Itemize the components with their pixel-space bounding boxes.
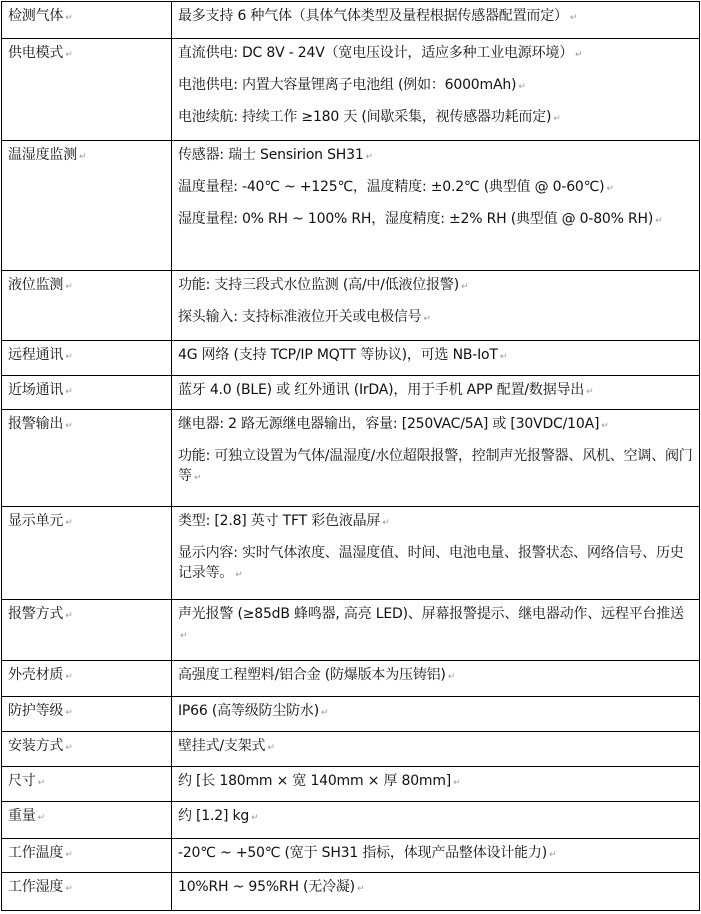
spec-value-cell: IP66 (高等级防尘防水)↵ (172, 697, 700, 732)
table-row: 防护等级↵IP66 (高等级防尘防水)↵ (2, 697, 700, 732)
paragraph-mark-icon: ↵ (321, 708, 328, 718)
spec-label-cell: 重量↵ (2, 802, 172, 839)
spec-label-cell: 显示单元↵ (2, 507, 172, 600)
spec-value-cell: -20℃ ~ +50℃ (宽于 SH31 指标，体现产品整体设计能力)↵ (172, 839, 700, 873)
spec-value-paragraph: 声光报警 (≥85dB 蜂鸣器, 高亮 LED)、屏幕报警提示、继电器动作、远程… (178, 604, 693, 646)
spec-value-text: 约 [长 180mm × 宽 140mm × 厚 80mm] (178, 773, 451, 789)
spec-label: 显示单元 (8, 513, 63, 529)
spec-value-cell: 约 [1.2] kg↵ (172, 802, 700, 839)
paragraph-mark-icon: ↵ (65, 708, 72, 718)
spec-value-text: 湿度量程: 0% RH ~ 100% RH，湿度精度: ±2% RH (典型值 … (178, 211, 653, 227)
spec-label-cell: 报警输出↵ (2, 410, 172, 507)
spec-value-text: 电池供电: 内置大容量锂离子电池组 (例如：6000mAh) (178, 77, 516, 93)
paragraph-mark-icon: ↵ (65, 352, 72, 362)
table-row: 温湿度监测↵传感器: 瑞士 Sensirion SH31↵温度量程: -40℃ … (2, 141, 700, 271)
spec-label: 重量 (8, 808, 36, 824)
spec-value-text: 继电器: 2 路无源继电器输出，容量: [250VAC/5A] 或 [30VDC… (178, 416, 599, 432)
spec-value-text: 直流供电: DC 8V - 24V（宽电压设计，适应多种工业电源环境） (178, 45, 573, 61)
spec-value-paragraph: 传感器: 瑞士 Sensirion SH31↵ (178, 145, 693, 167)
table-row: 显示单元↵类型: [2.8] 英寸 TFT 彩色液晶屏↵显示内容: 实时气体浓度… (2, 507, 700, 600)
paragraph-mark-icon: ↵ (453, 778, 460, 788)
paragraph-mark-icon: ↵ (65, 13, 72, 23)
paragraph-mark-icon: ↵ (461, 282, 468, 292)
spec-label: 检测气体 (8, 8, 63, 24)
paragraph-mark-icon: ↵ (570, 13, 577, 23)
spec-label: 供电模式 (8, 45, 63, 61)
spec-value-text: 功能: 可独立设置为气体/温湿度/水位超限报警，控制声光报警器、风机、空调、阀门… (178, 448, 693, 484)
spec-label-cell: 防护等级↵ (2, 697, 172, 732)
spec-value-text: 蓝牙 4.0 (BLE) 或 红外通讯 (IrDA)，用于手机 APP 配置/数… (178, 382, 584, 398)
spec-value-paragraph: 10%RH ~ 95%RH (无冷凝)↵ (178, 877, 693, 899)
paragraph-mark-icon: ↵ (79, 152, 86, 162)
spec-value-paragraph: 显示内容: 实时气体浓度、温湿度值、时间、电池电量、报警状态、网络信号、历史记录… (178, 543, 693, 585)
paragraph-mark-icon: ↵ (606, 184, 613, 194)
spec-value-paragraph: 约 [1.2] kg↵ (178, 806, 693, 828)
spec-value-text: 探头输入: 支持标准液位开关或电极信号 (178, 309, 421, 325)
spec-value-text: 4G 网络 (支持 TCP/IP MQTT 等协议)，可选 NB-IoT (178, 347, 498, 363)
spec-label-cell: 尺寸↵ (2, 767, 172, 802)
spec-value-paragraph: 湿度量程: 0% RH ~ 100% RH，湿度精度: ±2% RH (典型值 … (178, 209, 693, 231)
paragraph-mark-icon: ↵ (553, 114, 560, 124)
paragraph-mark-icon: ↵ (65, 518, 72, 528)
spec-label-cell: 工作温度↵ (2, 839, 172, 873)
spec-value-text: 传感器: 瑞士 Sensirion SH31 (178, 147, 364, 163)
spec-label-cell: 温湿度监测↵ (2, 141, 172, 271)
spec-value-text: 温度量程: -40℃ ~ +125℃，温度精度: ±0.2℃ (典型值 @ 0-… (178, 179, 604, 195)
spec-value-text: 10%RH ~ 95%RH (无冷凝) (178, 879, 355, 895)
spec-value-cell: 最多支持 6 种气体（具体气体类型及量程根据传感器配置而定）↵ (172, 2, 700, 39)
table-row: 报警输出↵继电器: 2 路无源继电器输出，容量: [250VAC/5A] 或 [… (2, 410, 700, 507)
spec-value-paragraph: 4G 网络 (支持 TCP/IP MQTT 等协议)，可选 NB-IoT↵ (178, 345, 693, 367)
spec-label: 安装方式 (8, 738, 63, 754)
spec-label-cell: 工作湿度↵ (2, 873, 172, 911)
table-row: 外壳材质↵高强度工程塑料/铝合金 (防爆版本为压铸铝)↵ (2, 661, 700, 697)
paragraph-mark-icon: ↵ (549, 850, 556, 860)
spec-value-cell: 传感器: 瑞士 Sensirion SH31↵温度量程: -40℃ ~ +125… (172, 141, 700, 271)
table-row: 工作湿度↵10%RH ~ 95%RH (无冷凝)↵ (2, 873, 700, 911)
spec-value-paragraph: 壁挂式/支架式↵ (178, 736, 693, 758)
spec-value-paragraph: 直流供电: DC 8V - 24V（宽电压设计，适应多种工业电源环境）↵ (178, 43, 693, 65)
paragraph-mark-icon: ↵ (267, 743, 274, 753)
spec-value-cell: 蓝牙 4.0 (BLE) 或 红外通讯 (IrDA)，用于手机 APP 配置/数… (172, 376, 700, 410)
paragraph-mark-icon: ↵ (235, 570, 242, 580)
paragraph-mark-icon: ↵ (518, 82, 525, 92)
spec-label: 近场通讯 (8, 382, 63, 398)
paragraph-mark-icon: ↵ (65, 884, 72, 894)
paragraph-mark-icon: ↵ (382, 518, 389, 528)
spec-label: 工作湿度 (8, 879, 63, 895)
spec-value-text: IP66 (高等级防尘防水) (178, 703, 319, 719)
spec-value-cell: 类型: [2.8] 英寸 TFT 彩色液晶屏↵显示内容: 实时气体浓度、温湿度值… (172, 507, 700, 600)
paragraph-mark-icon: ↵ (586, 387, 593, 397)
spec-value-cell: 10%RH ~ 95%RH (无冷凝)↵ (172, 873, 700, 911)
spec-value-paragraph: 探头输入: 支持标准液位开关或电极信号↵ (178, 307, 693, 329)
spec-value-text: 声光报警 (≥85dB 蜂鸣器, 高亮 LED)、屏幕报警提示、继电器动作、远程… (178, 606, 684, 622)
paragraph-mark-icon: ↵ (575, 50, 582, 60)
paragraph-mark-icon: ↵ (194, 473, 201, 483)
paragraph-mark-icon: ↵ (251, 813, 258, 823)
table-row: 尺寸↵约 [长 180mm × 宽 140mm × 厚 80mm]↵ (2, 767, 700, 802)
paragraph-mark-icon: ↵ (655, 216, 662, 226)
paragraph-mark-icon: ↵ (423, 314, 430, 324)
paragraph-mark-icon: ↵ (65, 421, 72, 431)
spec-value-paragraph: 功能: 支持三段式水位监测 (高/中/低液位报警)↵ (178, 275, 693, 297)
spec-value-text: 最多支持 6 种气体（具体气体类型及量程根据传感器配置而定） (178, 8, 568, 24)
spec-value-paragraph: 温度量程: -40℃ ~ +125℃，温度精度: ±0.2℃ (典型值 @ 0-… (178, 177, 693, 199)
spec-value-paragraph: 继电器: 2 路无源继电器输出，容量: [250VAC/5A] 或 [30VDC… (178, 414, 693, 436)
paragraph-mark-icon: ↵ (38, 778, 45, 788)
paragraph-mark-icon: ↵ (65, 282, 72, 292)
table-row: 工作温度↵-20℃ ~ +50℃ (宽于 SH31 指标，体现产品整体设计能力)… (2, 839, 700, 873)
spec-label-cell: 安装方式↵ (2, 732, 172, 767)
paragraph-mark-icon: ↵ (180, 631, 187, 641)
spec-value-cell: 4G 网络 (支持 TCP/IP MQTT 等协议)，可选 NB-IoT↵ (172, 341, 700, 376)
spec-label: 外壳材质 (8, 667, 63, 683)
table-row: 液位监测↵功能: 支持三段式水位监测 (高/中/低液位报警)↵探头输入: 支持标… (2, 271, 700, 341)
spec-label-cell: 检测气体↵ (2, 2, 172, 39)
spec-value-cell: 约 [长 180mm × 宽 140mm × 厚 80mm]↵ (172, 767, 700, 802)
paragraph-mark-icon: ↵ (65, 50, 72, 60)
spec-value-paragraph: 功能: 可独立设置为气体/温湿度/水位超限报警，控制声光报警器、风机、空调、阀门… (178, 446, 693, 488)
spec-label-cell: 近场通讯↵ (2, 376, 172, 410)
spec-value-cell: 高强度工程塑料/铝合金 (防爆版本为压铸铝)↵ (172, 661, 700, 697)
spec-value-cell: 继电器: 2 路无源继电器输出，容量: [250VAC/5A] 或 [30VDC… (172, 410, 700, 507)
spec-label-cell: 报警方式↵ (2, 600, 172, 661)
spec-value-text: -20℃ ~ +50℃ (宽于 SH31 指标，体现产品整体设计能力) (178, 845, 547, 861)
spec-value-paragraph: 电池供电: 内置大容量锂离子电池组 (例如：6000mAh)↵ (178, 75, 693, 97)
spec-value-paragraph: 蓝牙 4.0 (BLE) 或 红外通讯 (IrDA)，用于手机 APP 配置/数… (178, 380, 693, 402)
spec-table: 检测气体↵最多支持 6 种气体（具体气体类型及量程根据传感器配置而定）↵供电模式… (1, 1, 700, 911)
spec-value-cell: 壁挂式/支架式↵ (172, 732, 700, 767)
spec-label: 远程通讯 (8, 347, 63, 363)
table-row: 重量↵约 [1.2] kg↵ (2, 802, 700, 839)
table-row: 近场通讯↵蓝牙 4.0 (BLE) 或 红外通讯 (IrDA)，用于手机 APP… (2, 376, 700, 410)
spec-value-text: 高强度工程塑料/铝合金 (防爆版本为压铸铝) (178, 667, 446, 683)
paragraph-mark-icon: ↵ (357, 884, 364, 894)
table-row: 安装方式↵壁挂式/支架式↵ (2, 732, 700, 767)
paragraph-mark-icon: ↵ (601, 421, 608, 431)
spec-value-paragraph: -20℃ ~ +50℃ (宽于 SH31 指标，体现产品整体设计能力)↵ (178, 843, 693, 865)
spec-value-text: 壁挂式/支架式 (178, 738, 265, 754)
paragraph-mark-icon: ↵ (65, 387, 72, 397)
paragraph-mark-icon: ↵ (448, 672, 455, 682)
table-row: 报警方式↵声光报警 (≥85dB 蜂鸣器, 高亮 LED)、屏幕报警提示、继电器… (2, 600, 700, 661)
paragraph-mark-icon: ↵ (500, 352, 507, 362)
spec-label-cell: 液位监测↵ (2, 271, 172, 341)
spec-value-cell: 声光报警 (≥85dB 蜂鸣器, 高亮 LED)、屏幕报警提示、继电器动作、远程… (172, 600, 700, 661)
spec-value-text: 约 [1.2] kg (178, 808, 249, 824)
paragraph-mark-icon: ↵ (65, 672, 72, 682)
spec-value-cell: 直流供电: DC 8V - 24V（宽电压设计，适应多种工业电源环境）↵电池供电… (172, 39, 700, 141)
spec-value-paragraph: 高强度工程塑料/铝合金 (防爆版本为压铸铝)↵ (178, 665, 693, 687)
spec-value-text: 电池续航: 持续工作 ≥180 天 (间歇采集，视传感器功耗而定) (178, 109, 551, 125)
spec-value-paragraph: IP66 (高等级防尘防水)↵ (178, 701, 693, 723)
spec-table-body: 检测气体↵最多支持 6 种气体（具体气体类型及量程根据传感器配置而定）↵供电模式… (2, 2, 700, 911)
spec-label: 工作温度 (8, 845, 63, 861)
paragraph-mark-icon: ↵ (65, 743, 72, 753)
table-row: 供电模式↵直流供电: DC 8V - 24V（宽电压设计，适应多种工业电源环境）… (2, 39, 700, 141)
paragraph-mark-icon: ↵ (65, 850, 72, 860)
spec-value-text: 显示内容: 实时气体浓度、温湿度值、时间、电池电量、报警状态、网络信号、历史记录… (178, 545, 684, 581)
spec-value-paragraph: 约 [长 180mm × 宽 140mm × 厚 80mm]↵ (178, 771, 693, 793)
spec-value-cell: 功能: 支持三段式水位监测 (高/中/低液位报警)↵探头输入: 支持标准液位开关… (172, 271, 700, 341)
table-row: 远程通讯↵4G 网络 (支持 TCP/IP MQTT 等协议)，可选 NB-Io… (2, 341, 700, 376)
spec-label-cell: 远程通讯↵ (2, 341, 172, 376)
spec-label: 尺寸 (8, 773, 36, 789)
spec-value-paragraph: 类型: [2.8] 英寸 TFT 彩色液晶屏↵ (178, 511, 693, 533)
spec-value-text: 类型: [2.8] 英寸 TFT 彩色液晶屏 (178, 513, 380, 529)
spec-label-cell: 外壳材质↵ (2, 661, 172, 697)
spec-label: 报警输出 (8, 416, 63, 432)
spec-label: 温湿度监测 (8, 147, 77, 163)
spec-label: 报警方式 (8, 606, 63, 622)
table-row: 检测气体↵最多支持 6 种气体（具体气体类型及量程根据传感器配置而定）↵ (2, 2, 700, 39)
paragraph-mark-icon: ↵ (65, 611, 72, 621)
spec-value-text: 功能: 支持三段式水位监测 (高/中/低液位报警) (178, 277, 459, 293)
paragraph-mark-icon: ↵ (38, 813, 45, 823)
spec-label: 防护等级 (8, 703, 63, 719)
spec-label: 液位监测 (8, 277, 63, 293)
spec-value-paragraph: 电池续航: 持续工作 ≥180 天 (间歇采集，视传感器功耗而定)↵ (178, 107, 693, 129)
paragraph-mark-icon: ↵ (366, 152, 373, 162)
spec-value-paragraph: 最多支持 6 种气体（具体气体类型及量程根据传感器配置而定）↵ (178, 6, 693, 28)
spec-label-cell: 供电模式↵ (2, 39, 172, 141)
